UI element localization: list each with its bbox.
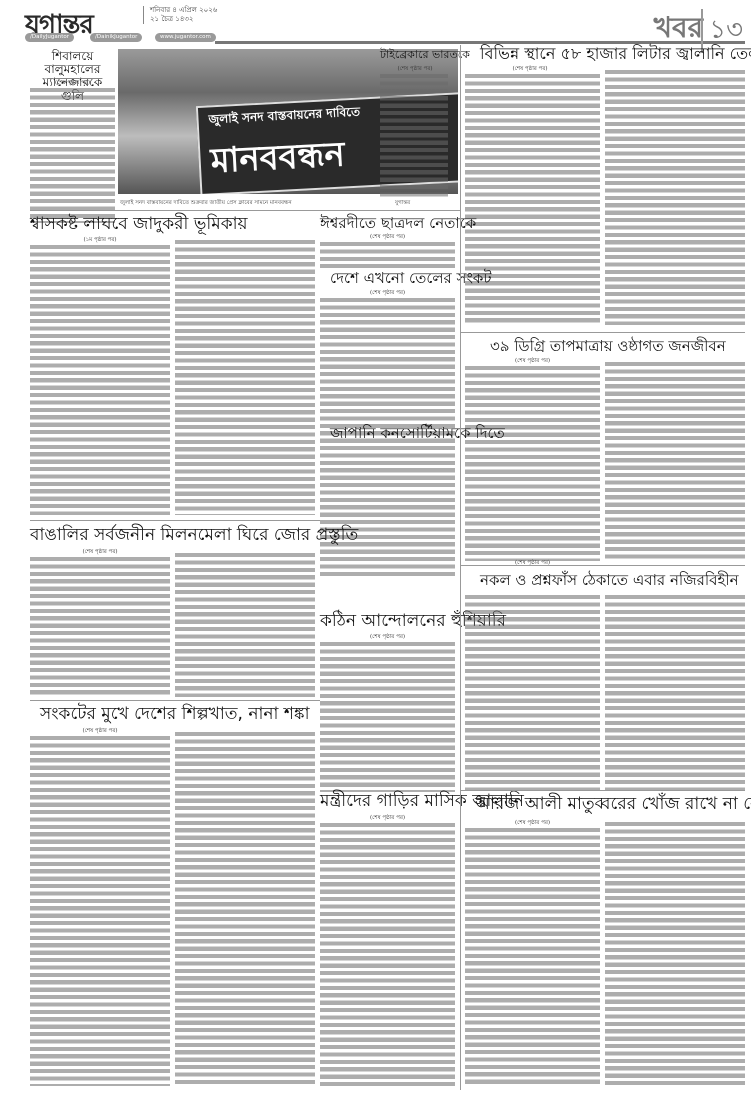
kicker: (শেষ পৃষ্ঠার পর) bbox=[465, 358, 600, 366]
divider bbox=[30, 520, 320, 521]
divider bbox=[460, 332, 745, 333]
masthead-date: শনিবার ৪ এপ্রিল ২০২৬ ২১ চৈত্র ১৪৩২ bbox=[143, 6, 217, 24]
date-gregorian: শনিবার ৪ এপ্রিল ২০২৬ bbox=[150, 6, 217, 15]
article-body bbox=[320, 242, 455, 268]
article-body bbox=[30, 88, 115, 223]
kicker: (শেষ পৃষ্ঠার পর) bbox=[465, 66, 595, 74]
headline-ishwardi: ঈশ্বরদীতে ছাত্রদল নেতাকে bbox=[320, 215, 476, 232]
article-body bbox=[605, 822, 745, 1086]
kicker: (শেষ পৃষ্ঠার পর) bbox=[465, 560, 600, 568]
headline-temperature: ৩৯ ডিগ্রি তাপমাত্রায় ওষ্ঠাগত জনজীবন bbox=[490, 338, 726, 355]
kicker: (শেষ পৃষ্ঠার পর) bbox=[320, 290, 455, 298]
article-body bbox=[605, 70, 745, 325]
article-body bbox=[175, 732, 315, 1086]
kicker: (শেষ পৃষ্ঠার পর) bbox=[30, 728, 170, 736]
photo-caption: জুলাই সনদ বাস্তবায়নের দাবিতে শুক্রবার জ… bbox=[120, 200, 292, 208]
photo-credit: যুগান্তর bbox=[395, 200, 410, 208]
divider bbox=[30, 700, 320, 701]
headline-shilpa: সংকটের মুখে দেশের শিল্পখাত, নানা শঙ্কা bbox=[40, 705, 310, 724]
article-body bbox=[380, 74, 448, 199]
headline-japan: জাপানি কনসোর্টিয়ামকে দিতে bbox=[330, 425, 505, 442]
article-body bbox=[175, 240, 315, 515]
kicker: (শেষ পৃষ্ঠার পর) bbox=[320, 634, 455, 642]
divider bbox=[460, 790, 745, 791]
kicker: (১ম পৃষ্ঠার পর) bbox=[30, 237, 170, 245]
article-body bbox=[605, 595, 745, 790]
headline-araj: আরজ আলী মাতুব্বরের খোঁজ রাখে না কেউ bbox=[475, 795, 751, 814]
article-body bbox=[320, 642, 455, 792]
headline-shwasa: শ্বাসকষ্ট লাঘবে জাদুকরী ভূমিকায় bbox=[30, 215, 248, 234]
kicker: (শেষ পৃষ্ঠার পর) bbox=[465, 820, 600, 828]
column-rule bbox=[460, 45, 461, 1090]
divider bbox=[460, 565, 745, 566]
kicker: (শেষ পৃষ্ঠার পর) bbox=[320, 234, 455, 242]
kicker: (শেষ পৃষ্ঠার পর) bbox=[320, 815, 455, 823]
divider bbox=[30, 210, 460, 211]
website-link[interactable]: www.jugantor.com bbox=[155, 33, 216, 42]
kicker: (শেষ পৃষ্ঠার পর) bbox=[30, 80, 115, 88]
article-body bbox=[465, 595, 600, 790]
social-x-link[interactable]: /DailyJugantor bbox=[25, 33, 74, 42]
article-body bbox=[30, 245, 170, 515]
article-body bbox=[605, 362, 745, 562]
headline-bangali: বাঙালির সর্বজনীন মিলনমেলা ঘিরে জোর প্রস্… bbox=[30, 526, 358, 545]
headline-nakal: নকল ও প্রশ্নফাঁস ঠেকাতে এবার নজিরবিহীন bbox=[480, 572, 739, 589]
article-body bbox=[320, 823, 455, 1086]
date-bangla: ২১ চৈত্র ১৪৩২ bbox=[150, 15, 217, 24]
article-body bbox=[30, 557, 170, 697]
article-body bbox=[175, 553, 315, 697]
headline-fuel-58k: বিভিন্ন স্থানে ৫৮ হাজার লিটার জ্বালানি ত… bbox=[480, 45, 751, 63]
article-body bbox=[465, 828, 600, 1086]
headline-oil-crisis: দেশে এখনো তেলের সংকট bbox=[330, 270, 492, 287]
kicker: (শেষ পৃষ্ঠার পর) bbox=[30, 549, 170, 557]
article-body bbox=[30, 736, 170, 1086]
kicker: (শেষ পৃষ্ঠার পর) bbox=[380, 66, 450, 74]
headline-tiebreaker: টাইব্রেকারে ভারতকে bbox=[380, 49, 470, 61]
article-body bbox=[465, 366, 600, 561]
social-facebook-link[interactable]: /DainikJugantor bbox=[90, 33, 142, 42]
